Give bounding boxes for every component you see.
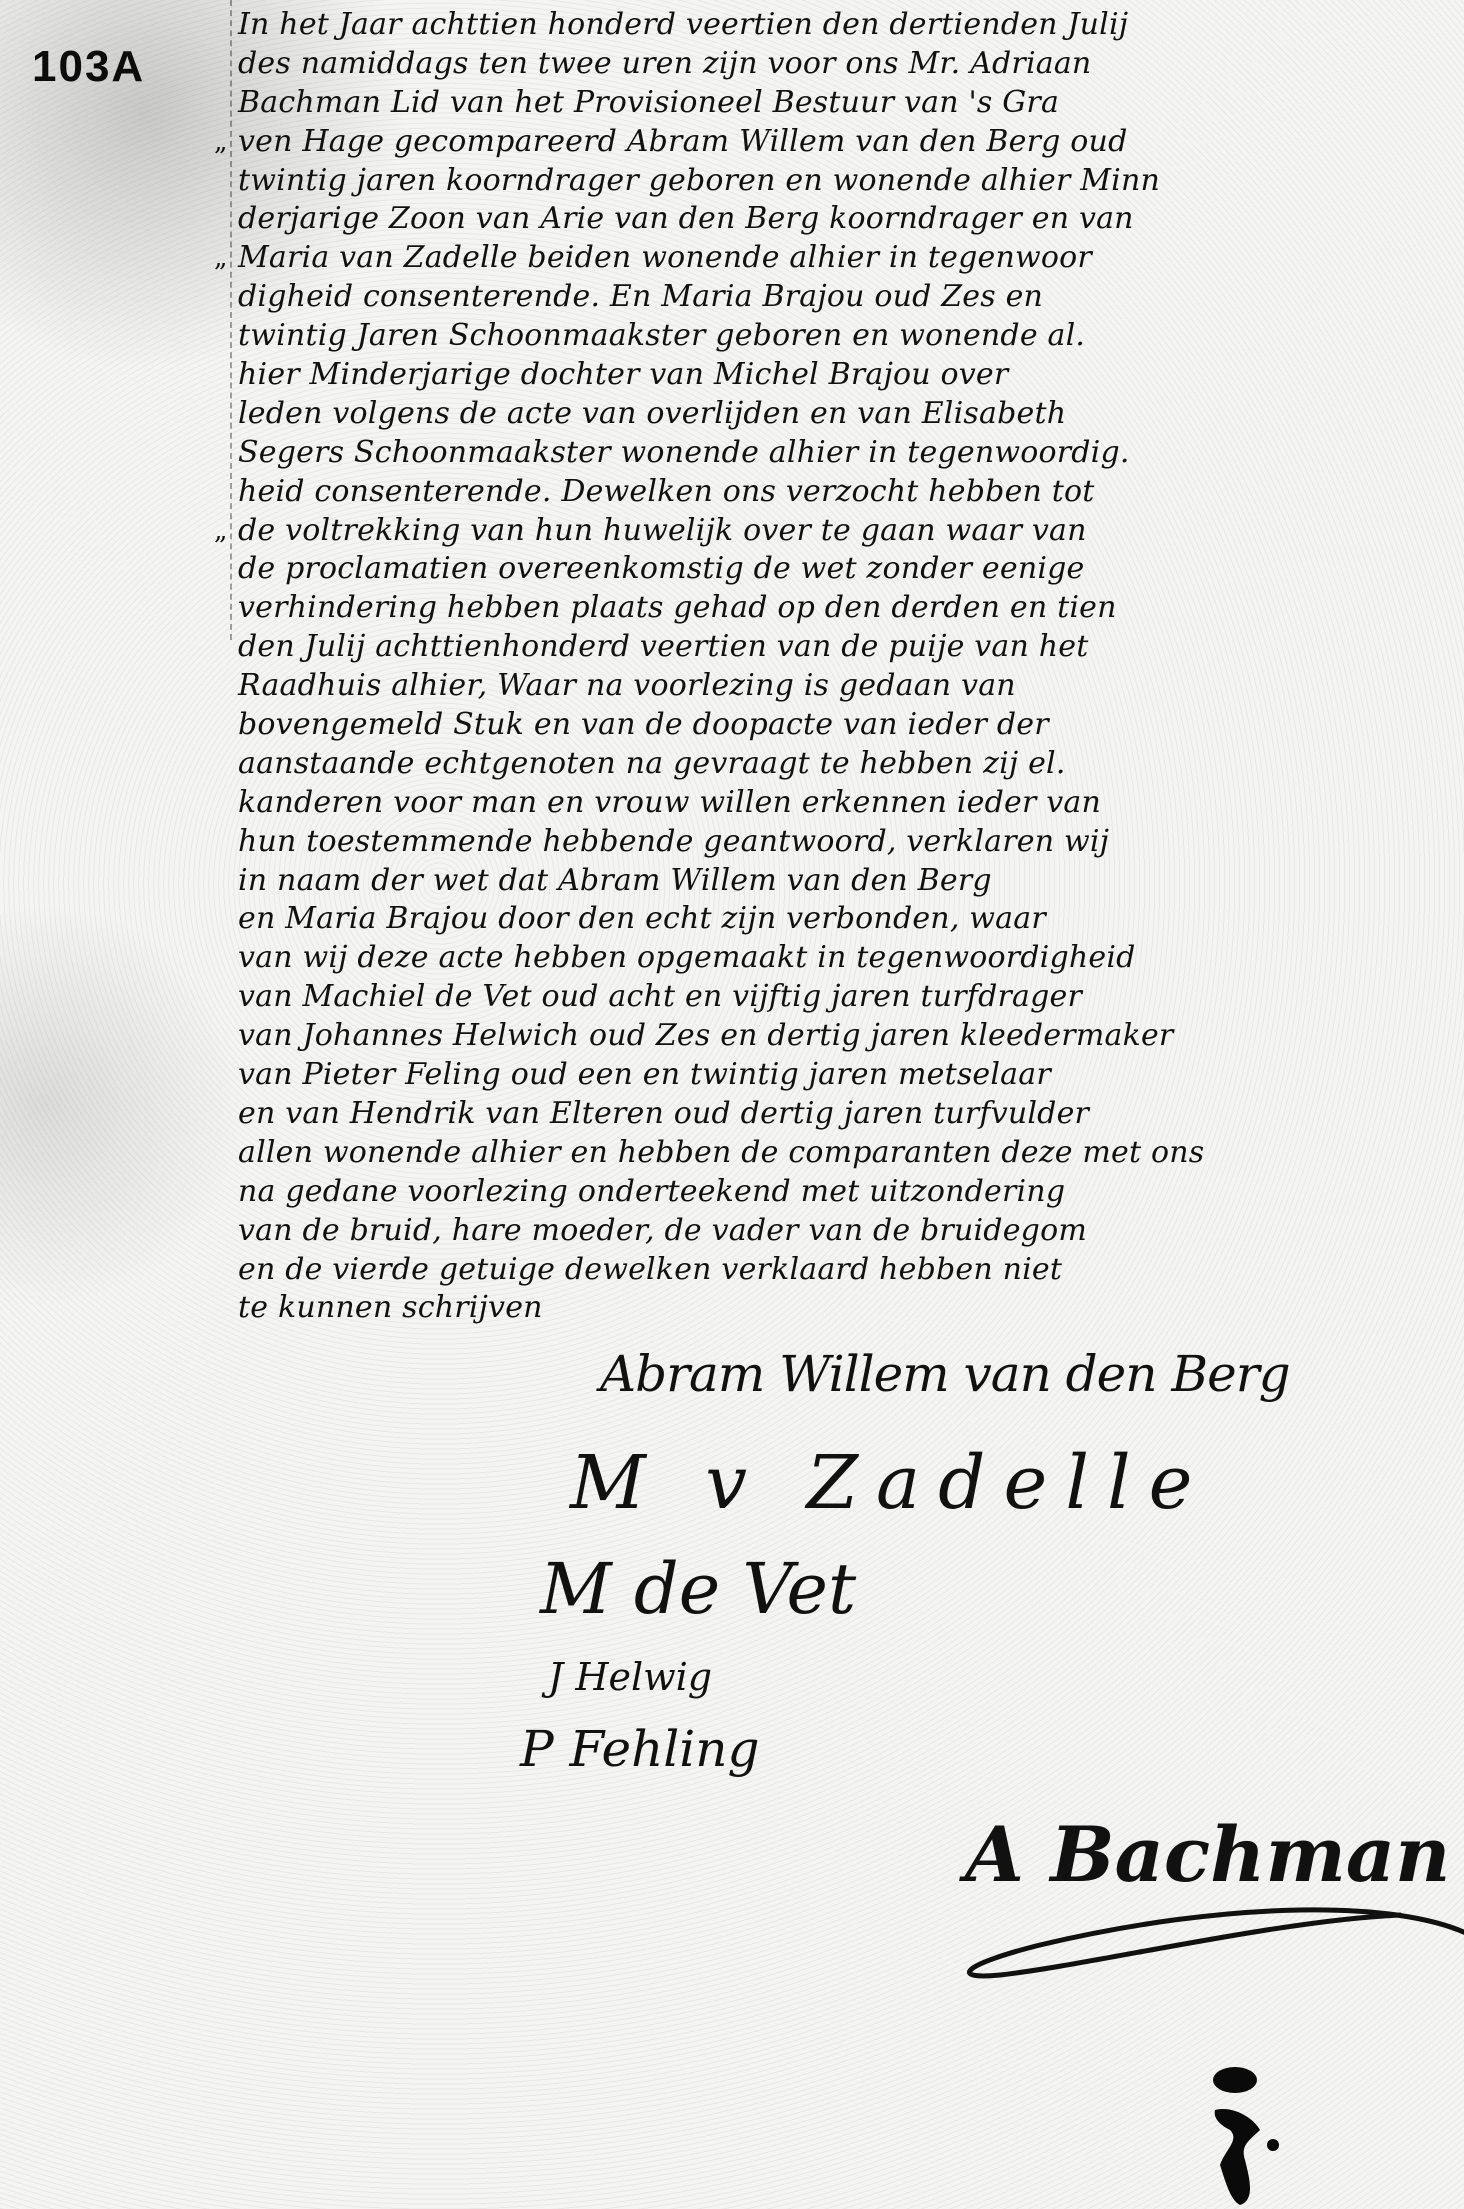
signature-witness-2: J Helwig <box>548 1655 712 1699</box>
signature-groom: Abram Willem van den Berg <box>600 1345 1290 1403</box>
signature-witness-1: M de Vet <box>540 1548 856 1630</box>
signature-witness-3: P Fehling <box>520 1720 759 1778</box>
signature-flourish-icon <box>930 1890 1464 1980</box>
signature-block: Abram Willem van den Berg M v Zadelle M … <box>0 0 1464 2209</box>
signature-official: A Bachman <box>965 1810 1450 1899</box>
ink-blot-icon <box>1195 2050 1285 2209</box>
signature-mother-of-groom: M v Zadelle <box>570 1440 1210 1526</box>
